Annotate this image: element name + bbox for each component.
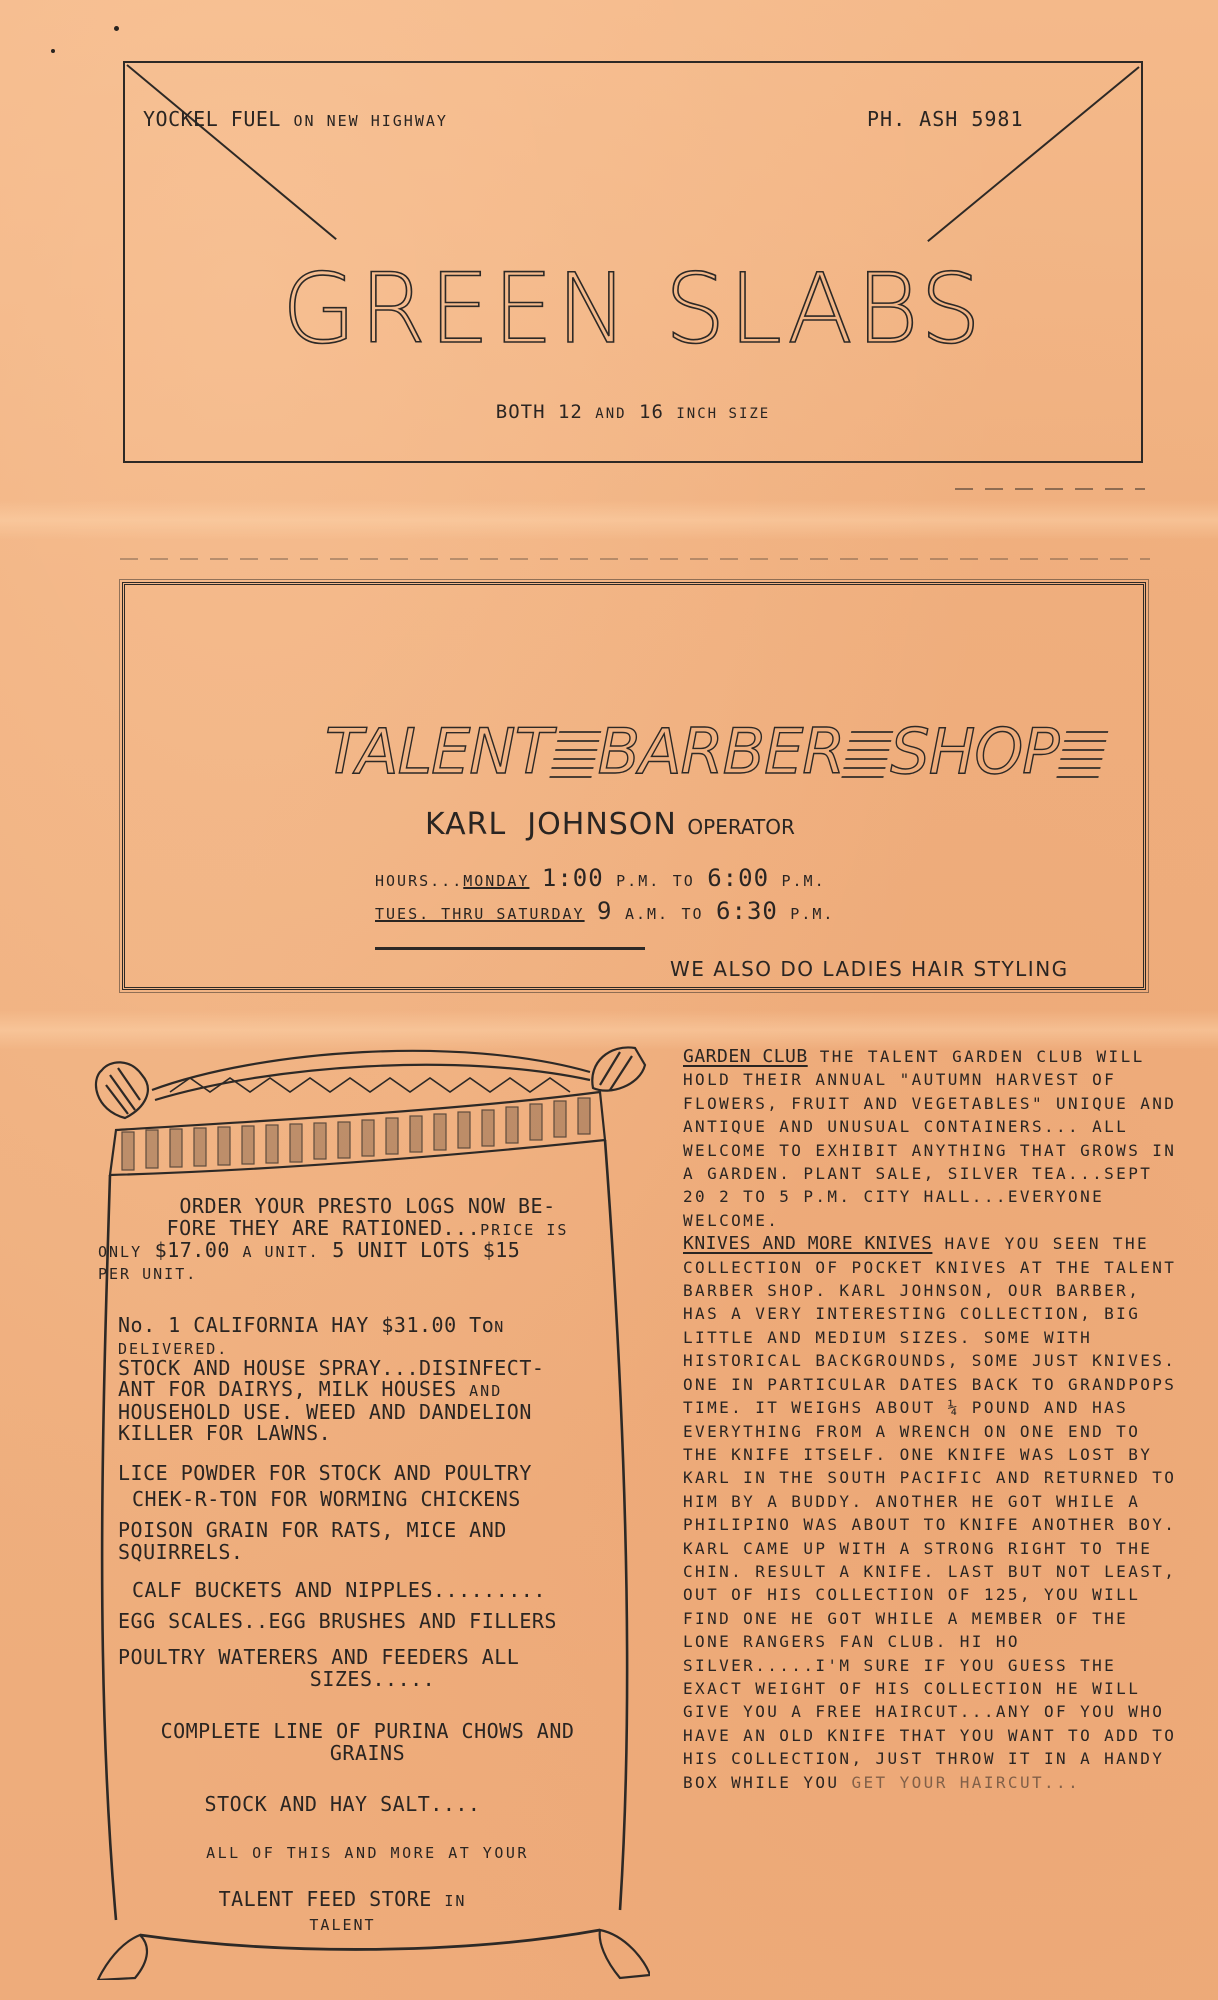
hours-label: HOURS...: [375, 872, 463, 890]
weekday-open: 9: [597, 897, 612, 925]
fuel-company-line: YOCKEL FUEL ON NEW HIGHWAY: [143, 107, 448, 131]
operator-name: KARL JOHNSON: [425, 807, 677, 842]
stock-hay-salt: STOCK AND HAY SALT....: [80, 1793, 605, 1815]
monday-hours: HOURS...MONDAY 1:00 P.M. TO 6:00 P.M.: [375, 863, 834, 896]
spray-line-2: ANT FOR DAIRYS, MILK HOUSES: [118, 1377, 457, 1401]
weekday-label: TUES. THRU SATURDAY: [375, 905, 585, 923]
operator-label: OPERATOR: [687, 815, 795, 839]
fuel-phone: PH. ASH 5981: [867, 107, 1024, 131]
weekday-hours: TUES. THRU SATURDAY 9 A.M. TO 6:30 P.M.: [375, 896, 834, 929]
poison-line-2: SQUIRRELS.: [118, 1541, 643, 1563]
presto-line-1: ORDER YOUR PRESTO LOGS NOW BE-: [105, 1195, 630, 1217]
hay-price: No. 1 CALIFORNIA HAY $31.00 To: [118, 1313, 494, 1337]
fuel-size-line: BOTH 12 AND 16 INCH SIZE: [125, 401, 1141, 423]
news-column: GARDEN CLUB The Talent Garden club will …: [683, 1045, 1183, 1794]
presto-lot-price: 5 UNIT LOTS $15: [332, 1238, 520, 1262]
presto-line-2a: FORE THEY ARE RATIONED...: [167, 1216, 481, 1240]
spray-line-1: STOCK AND HOUSE SPRAY...DISINFECT-: [118, 1358, 643, 1379]
fuel-location: ON NEW HIGHWAY: [294, 112, 448, 130]
barber-shop-title: TALENTBARBERSHOP: [325, 715, 1105, 788]
fuel-advertisement: YOCKEL FUEL ON NEW HIGHWAY PH. ASH 5981 …: [123, 61, 1143, 463]
size-prefix: BOTH 12: [496, 401, 583, 423]
garden-club-heading: GARDEN CLUB: [683, 1046, 808, 1067]
size-and: AND: [595, 406, 626, 422]
purina-line-1: COMPLETE LINE OF PURINA CHOWS AND: [105, 1720, 630, 1742]
garden-club-item: GARDEN CLUB The Talent Garden club will …: [683, 1045, 1183, 1232]
presto-a-unit: A UNIT.: [242, 1243, 319, 1261]
hours-underline: [375, 947, 645, 950]
speed-lines-icon: [1055, 731, 1108, 781]
paper-fold: [0, 500, 1218, 540]
all-of-this: ALL OF THIS AND MORE AT YOUR: [105, 1842, 630, 1864]
knives-heading: KNIVES AND MORE KNIVES: [683, 1233, 932, 1254]
store-name: TALENT FEED STORE: [219, 1887, 432, 1911]
knives-body: Have you seen the collection of pocket k…: [683, 1234, 1176, 1791]
ink-speck: [114, 26, 119, 31]
monday-open-ampm: P.M.: [616, 872, 660, 890]
ink-speck: [51, 49, 55, 53]
presto-price: ONLY $17.00 A UNIT. 5 UNIT LOTS $15 PER …: [98, 1239, 623, 1285]
presto-only: ONLY: [98, 1243, 142, 1261]
size-suffix: INCH SIZE: [676, 406, 770, 422]
spray-and: AND: [469, 1382, 502, 1400]
to-label: TO: [682, 905, 704, 923]
store-name-line: TALENT FEED STORE IN: [80, 1888, 605, 1912]
feed-store-sack-advertisement: ORDER YOUR PRESTO LOGS NOW BE- FORE THEY…: [80, 1030, 650, 1980]
size-mid: 16: [639, 401, 664, 423]
store-town: TALENT: [80, 1914, 605, 1936]
presto-logs-offer: ORDER YOUR PRESTO LOGS NOW BE- FORE THEY…: [105, 1195, 630, 1241]
title-word-shop: SHOP: [890, 715, 1058, 788]
garden-club-body: The Talent Garden club will hold their a…: [683, 1047, 1176, 1230]
spray-line-3: HOUSEHOLD USE. WEED AND DANDELION: [118, 1402, 643, 1423]
poultry-waterers: POULTRY WATERERS AND FEEDERS ALL SIZES..…: [110, 1646, 635, 1690]
monday-label: MONDAY: [463, 872, 529, 890]
weekday-close-ampm: P.M.: [790, 905, 834, 923]
faint-dashed-line: [955, 488, 1145, 490]
operator-line: KARL JOHNSON OPERATOR: [425, 807, 795, 842]
poison-line-1: POISON GRAIN FOR RATS, MICE AND: [118, 1519, 643, 1541]
barber-shop-advertisement: TALENTBARBERSHOP KARL JOHNSON OPERATOR H…: [122, 582, 1146, 990]
purina-line: COMPLETE LINE OF PURINA CHOWS AND GRAINS: [105, 1720, 630, 1764]
title-word-barber: BARBER: [598, 715, 845, 788]
speed-lines-icon: [548, 731, 601, 781]
poison-grain: POISON GRAIN FOR RATS, MICE AND SQUIRREL…: [118, 1519, 643, 1563]
lice-powder: LICE POWDER FOR STOCK AND POULTRY: [118, 1462, 643, 1484]
presto-line-2b: PRICE IS: [480, 1221, 568, 1239]
calf-buckets: CALF BUCKETS AND NIPPLES.........: [132, 1579, 657, 1601]
to-label: TO: [673, 872, 695, 890]
weekday-close: 6:30: [716, 897, 778, 925]
checkered-pattern: [122, 1098, 590, 1170]
purina-line-2: GRAINS: [105, 1742, 630, 1764]
speed-lines-icon: [841, 731, 894, 781]
presto-per-unit: PER UNIT.: [98, 1263, 623, 1285]
fuel-company: YOCKEL FUEL: [143, 107, 281, 131]
poultry-line-2: SIZES.....: [110, 1668, 635, 1690]
shop-hours: HOURS...MONDAY 1:00 P.M. TO 6:00 P.M. TU…: [375, 863, 834, 959]
egg-supplies: EGG SCALES..EGG BRUSHES AND FILLERS: [118, 1610, 643, 1632]
monday-open: 1:00: [542, 864, 604, 892]
faint-dashed-line: [120, 558, 1150, 560]
presto-unit-price: $17.00: [155, 1238, 230, 1262]
spray-offer: STOCK AND HOUSE SPRAY...DISINFECT- ANT F…: [118, 1358, 643, 1444]
store-in: IN: [444, 1892, 466, 1910]
monday-close-ampm: P.M.: [781, 872, 825, 890]
knives-tail: get your haircut...: [851, 1773, 1080, 1792]
monday-close: 6:00: [707, 864, 769, 892]
ladies-styling-note: WE ALSO DO LADIES HAIR STYLING: [670, 957, 1069, 981]
chek-r-ton: CHEK-R-TON FOR WORMING CHICKENS: [132, 1488, 657, 1510]
hay-offer: No. 1 CALIFORNIA HAY $31.00 ToN DELIVERE…: [118, 1314, 643, 1360]
fuel-title: GREEN SLABS: [125, 253, 1141, 365]
hay-unit: N: [494, 1318, 505, 1336]
knives-item: KNIVES AND MORE KNIVES Have you seen the…: [683, 1232, 1183, 1794]
title-word-talent: TALENT: [325, 715, 552, 788]
weekday-open-ampm: A.M.: [625, 905, 669, 923]
poultry-line-1: POULTRY WATERERS AND FEEDERS ALL: [110, 1646, 635, 1668]
spray-line-4: KILLER FOR LAWNS.: [118, 1423, 643, 1444]
